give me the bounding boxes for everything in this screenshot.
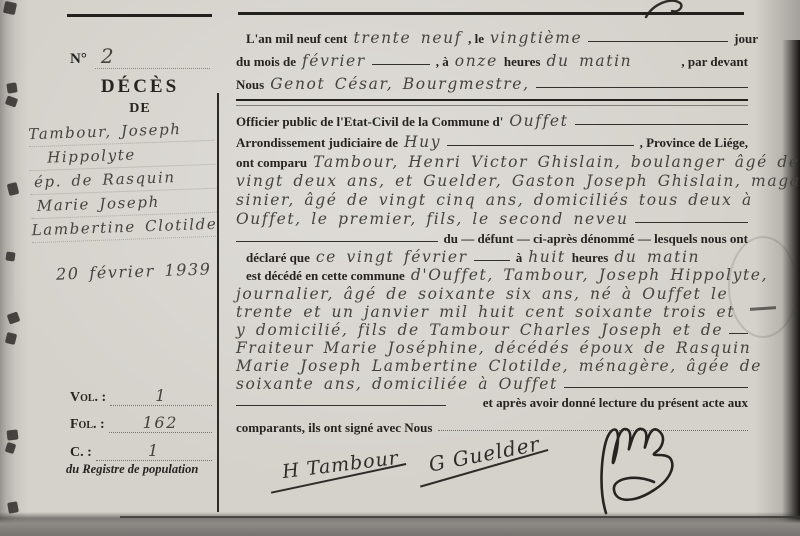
printed-text: heures (572, 250, 609, 266)
margin-subtitle: DE (60, 101, 220, 117)
act-line-commune: Officier public de l'Etat-Civil de la Co… (236, 112, 748, 130)
paper-tear (7, 311, 21, 324)
printed-text: heures (504, 54, 541, 70)
handwritten-fill: y domicilié, fils de Tambour Charles Jos… (236, 321, 723, 339)
act-number-dotted-line (95, 68, 210, 69)
blank-fill-rule (635, 222, 748, 223)
signature-guelder: G Guelder (427, 431, 542, 476)
printed-text: Arrondissement judiciaire de (236, 135, 398, 151)
handwritten-fill: du matin (546, 52, 632, 70)
volume-value: 1 (110, 386, 212, 406)
printed-text: , à (436, 54, 449, 70)
paper-tear (3, 1, 17, 15)
handwritten-fill: février (302, 52, 366, 70)
act-line-deces2: journalier, âgé de soixante six ans, né … (236, 285, 748, 303)
printed-text: et après avoir donné lecture du présent … (483, 395, 748, 411)
printed-text: du mois de (236, 54, 296, 70)
handwritten-fill: vingtième (490, 29, 582, 47)
printed-text: Nous (236, 77, 264, 93)
blank-fill-rule (236, 405, 446, 406)
blank-fill-rule (536, 87, 748, 88)
printed-text: comparants, ils ont signé avec Nous (236, 420, 432, 436)
act-line-arrondissement: Arrondissement judiciaire de Huy , Provi… (236, 133, 748, 151)
handwritten-fill: Ouffet (509, 112, 568, 130)
act-line-deces3: trente et un janvier mil huit cent soixa… (236, 303, 748, 321)
printed-text: L'an mil neuf cent (246, 31, 347, 47)
handwritten-fill: trente neuf (353, 29, 462, 47)
margin-divider-rule (217, 93, 219, 512)
deceased-name-line: Lambertine Clotilde (31, 213, 218, 243)
c-value: 1 (96, 441, 212, 461)
printed-text: ont comparu (236, 155, 307, 171)
act-number-line: N° 2 (70, 44, 115, 68)
signature-tambour: H Tambour (281, 447, 400, 483)
handwritten-fill: ce vingt février (316, 248, 468, 266)
handwritten-fill: d'Ouffet, Tambour, Joseph Hippolyte, (411, 266, 768, 284)
act-line-deces6: Marie Joseph Lambertine Clotilde, ménagè… (236, 357, 748, 375)
printed-text: , Province de Liége, (640, 135, 748, 151)
volume-label: Vol. : (70, 390, 106, 406)
register-note: du Registre de population (66, 462, 198, 477)
paper-tear (5, 251, 15, 261)
printed-text: est décédé en cette commune (246, 268, 405, 284)
paper-tear (7, 429, 19, 440)
blank-fill-rule (372, 64, 430, 65)
folio-label: Fol. : (70, 417, 105, 433)
signature-mayor-flourish (592, 418, 692, 518)
blank-fill-rule (575, 124, 748, 125)
death-certificate-scan: N° 2 DÉCÈS DE Tambour, Joseph Hippolyte … (0, 0, 800, 536)
paper-tear (7, 182, 20, 196)
handwritten-fill: Genot César, Bourgmestre, (270, 75, 529, 93)
handwritten-fill: du matin (614, 248, 700, 266)
printed-text: jour (734, 31, 758, 47)
handwritten-fill: Huy (404, 133, 441, 151)
death-date-margin: 20 février 1939 (56, 259, 212, 283)
paper-tear (5, 332, 17, 345)
act-line-deces4: y domicilié, fils de Tambour Charles Jos… (236, 321, 748, 339)
handwritten-fill: sinier, âgé de vingt cinq ans, domicilié… (236, 191, 753, 209)
handwritten-fill: vingt deux ans, et Guelder, Gaston Josep… (236, 172, 800, 190)
printed-text: , le (468, 31, 484, 47)
handwritten-fill: huit (528, 248, 566, 266)
section-rule-thin (236, 105, 748, 106)
handwritten-fill: onze (455, 52, 498, 70)
act-line-declaration: déclaré que ce vingt février à huit heur… (236, 248, 758, 266)
act-line-deces: est décédé en cette commune d'Ouffet, Ta… (236, 266, 758, 284)
printed-text: Officier public de l'Etat-Civil de la Co… (236, 114, 503, 130)
pen-flourish (642, 0, 690, 18)
act-line-comparants: ont comparu Tambour, Henri Victor Ghisla… (236, 153, 748, 171)
section-rule (236, 99, 748, 101)
handwritten-fill: Marie Joseph Lambertine Clotilde, ménagè… (236, 357, 762, 375)
c-row: C. : 1 (70, 441, 212, 461)
blank-fill-rule (564, 387, 748, 388)
paper-tear (6, 82, 17, 93)
handwritten-fill: soixante ans, domiciliée à Ouffet (236, 375, 558, 393)
folio-row: Fol. : 162 (70, 413, 212, 433)
act-top-rule (238, 12, 744, 15)
handwritten-fill: journalier, âgé de soixante six ans, né … (236, 285, 728, 303)
blank-fill-rule (588, 41, 728, 42)
handwritten-fill: Tambour, Henri Victor Ghislain, boulange… (313, 153, 800, 171)
printed-text: , par devant (681, 54, 748, 70)
act-line-defunt: du — défunt — ci-après dénommé — lesquel… (236, 231, 748, 247)
printed-text: déclaré que (246, 250, 310, 266)
printed-text: à (516, 250, 523, 266)
handwritten-fill: trente et un janvier mil huit cent soixa… (236, 303, 735, 321)
c-label: C. : (70, 445, 92, 461)
act-line-officer: Nous Genot César, Bourgmestre, (236, 75, 748, 93)
act-line-comparants2: vingt deux ans, et Guelder, Gaston Josep… (236, 172, 748, 190)
act-line-year: L'an mil neuf cent trente neuf , le ving… (236, 29, 758, 47)
handwritten-fill: Fraiteur Marie Joséphine, décédés époux … (236, 339, 751, 357)
act-line-deces5: Fraiteur Marie Joséphine, décédés époux … (236, 339, 748, 357)
act-line-month: du mois de février , à onze heures du ma… (236, 52, 748, 70)
margin-title: DÉCÈS (60, 76, 220, 98)
act-number-value: 2 (101, 44, 115, 68)
blank-fill-rule (729, 333, 748, 334)
act-line-deces7: soixante ans, domiciliée à Ouffet (236, 375, 748, 393)
volume-row: Vol. : 1 (70, 386, 212, 406)
folio-value: 162 (109, 413, 212, 433)
handwritten-fill: Ouffet, le premier, fils, le second neve… (236, 210, 629, 228)
act-line-lecture: et après avoir donné lecture du présent … (236, 395, 748, 411)
deceased-name-block: Tambour, Joseph Hippolyte ép. de Rasquin… (28, 117, 218, 243)
act-line-comparants4: Ouffet, le premier, fils, le second neve… (236, 210, 748, 228)
book-binding-edge (0, 0, 15, 536)
printed-text: du — défunt — ci-après dénommé — lesquel… (444, 231, 748, 247)
blank-fill-rule (447, 145, 633, 146)
act-number-label: N° (70, 51, 87, 68)
act-line-comparants3: sinier, âgé de vingt cinq ans, domicilié… (236, 191, 748, 209)
margin-top-rule (67, 14, 212, 17)
blank-fill-rule (474, 260, 510, 261)
blank-fill-rule (236, 241, 438, 242)
